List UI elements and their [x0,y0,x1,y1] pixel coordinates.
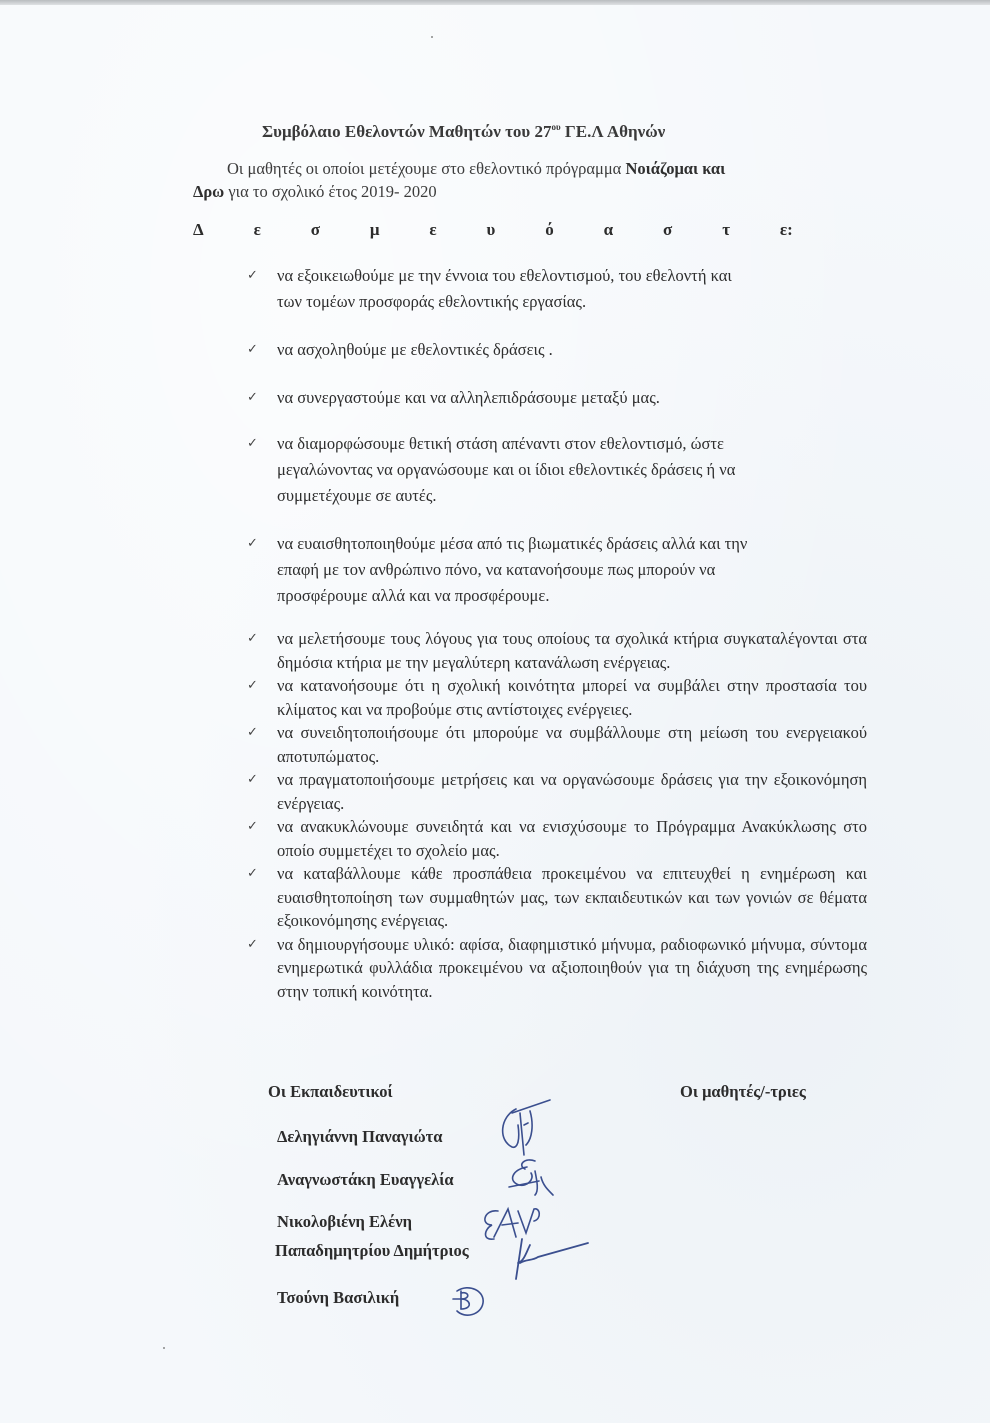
item-line: των τομέων προσφοράς εθελοντικής εργασία… [277,289,867,315]
checkmark-icon: ✓ [247,337,258,363]
checkmark-icon: ✓ [247,263,258,289]
commitments-list: ✓ να εξοικειωθούμε με την έννοια του εθε… [247,263,867,1003]
heading-letter: σ [311,220,320,240]
list-item: ✓ να ευαισθητοποιηθούμε μέσα από τις βιω… [247,531,867,609]
item-line: επαφή με τον ανθρώπινο πόνο, να κατανοήσ… [277,557,867,583]
teachers-heading: Οι Εκπαιδευτικοί [268,1082,393,1102]
heading-letter: ό [545,220,554,240]
item-text: να δημιουργήσουμε υλικό: αφίσα, διαφημισ… [277,933,867,1004]
item-line: να εξοικειωθούμε με την έννοια του εθελο… [277,263,867,289]
item-text: να ανακυκλώνουμε συνειδητά και να ενισχύ… [277,815,867,862]
checkmark-icon: ✓ [247,674,258,698]
heading-letter: Δ [193,220,204,240]
title-superscript: ου [552,122,561,132]
school-year: για το σχολικό έτος 2019- 2020 [224,182,436,201]
list-item: ✓ να κατανοήσουμε ότι η σχολική κοινότητ… [247,674,867,721]
item-line: συμμετέχουμε σε αυτές. [277,483,867,509]
teacher-name: Νικολοβιένη Ελένη [277,1212,412,1232]
list-item: ✓ να πραγματοποιήσουμε μετρήσεις και να … [247,768,867,815]
title-tail: ΓΕ.Λ Αθηνών [561,122,666,141]
list-item: ✓ να συνεργαστούμε και να αλληλεπιδράσου… [247,385,867,411]
heading-letter: ε [254,220,261,240]
signature-mark [512,1233,592,1283]
item-line: να ευαισθητοποιηθούμε μέσα από τις βιωμα… [277,531,867,557]
checkmark-icon: ✓ [247,531,258,557]
checkmark-icon: ✓ [247,815,258,839]
item-text: να συνειδητοποιήσουμε ότι μπορούμε να συ… [277,721,867,768]
list-item: ✓ να διαμορφώσουμε θετική στάση απέναντι… [247,431,867,509]
title-text: Συμβόλαιο Εθελοντών Μαθητών του 27 [262,122,552,141]
list-item: ✓ να συνειδητοποιήσουμε ότι μπορούμε να … [247,721,867,768]
item-text: να κατανοήσουμε ότι η σχολική κοινότητα … [277,674,867,721]
checkmark-icon: ✓ [247,385,258,411]
item-line: προσφέρουμε αλλά και να προσφέρουμε. [277,583,867,609]
teacher-name: Αναγνωστάκη Ευαγγελία [277,1170,454,1190]
heading-letter: υ [487,220,496,240]
heading-letter: σ [663,220,672,240]
scan-speck [163,1347,165,1349]
teacher-name: Τσούνη Βασιλική [277,1288,399,1308]
item-text: να μελετήσουμε τους λόγους για τους οποί… [277,627,867,674]
list-item: ✓ να εξοικειωθούμε με την έννοια του εθε… [247,263,867,315]
item-text: να πραγματοποιήσουμε μετρήσεις και να ορ… [277,768,867,815]
item-line: να διαμορφώσουμε θετική στάση απέναντι σ… [277,431,867,457]
checkmark-icon: ✓ [247,768,258,792]
checkmark-icon: ✓ [247,862,258,886]
document-page: Συμβόλαιο Εθελοντών Μαθητών του 27ου ΓΕ.… [0,5,990,1423]
intro-text: Οι μαθητές οι οποίοι μετέχουμε στο εθελο… [227,159,625,178]
students-heading: Οι μαθητές/-τριες [680,1082,806,1102]
teacher-name: Δεληγιάννη Παναγιώτα [277,1127,442,1147]
checkmark-icon: ✓ [247,721,258,745]
program-name: Νοιάζομαι και [625,159,725,178]
list-item: ✓ να καταβάλλουμε κάθε προσπάθεια προκει… [247,862,867,933]
document-title: Συμβόλαιο Εθελοντών Μαθητών του 27ου ΓΕ.… [262,122,665,142]
heading-letter: τ [722,220,730,240]
scan-speck [431,36,433,38]
heading-letter: α [604,220,614,240]
intro-paragraph: Οι μαθητές οι οποίοι μετέχουμε στο εθελο… [193,157,873,203]
list-item: ✓ να ασχοληθούμε με εθελοντικές δράσεις … [247,337,867,363]
teacher-name: Παπαδημητρίου Δημήτριος [275,1241,469,1261]
checkmark-icon: ✓ [247,431,258,457]
checkmark-icon: ✓ [247,933,258,957]
item-line: μεγαλώνοντας να οργανώσουμε και οι ίδιοι… [277,457,867,483]
item-line: να ασχοληθούμε με εθελοντικές δράσεις . [277,337,867,363]
item-text: να καταβάλλουμε κάθε προσπάθεια προκειμέ… [277,862,867,933]
program-name-continued: Δρω [193,182,224,201]
item-line: να συνεργαστούμε και να αλληλεπιδράσουμε… [277,385,867,411]
heading-letter: μ [370,220,380,240]
signature-mark [449,1281,489,1321]
list-item: ✓ να ανακυκλώνουμε συνειδητά και να ενισ… [247,815,867,862]
checkmark-icon: ✓ [247,627,258,651]
committed-heading: Δ ε σ μ ε υ ό α σ τ ε: [193,220,793,240]
signature-mark [505,1155,565,1205]
list-item: ✓ να μελετήσουμε τους λόγους για τους οπ… [247,627,867,674]
heading-letter: ε: [780,220,793,240]
list-item: ✓ να δημιουργήσουμε υλικό: αφίσα, διαφημ… [247,933,867,1004]
heading-letter: ε [429,220,436,240]
